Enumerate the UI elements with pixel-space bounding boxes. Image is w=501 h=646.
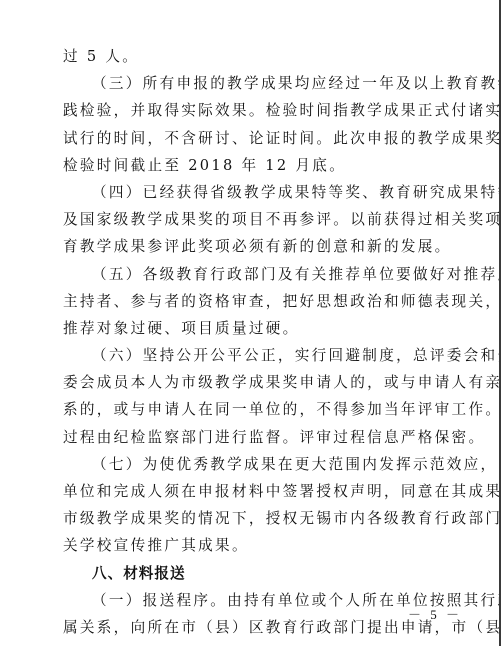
clause-4-line: （四）已经获得省级教学成果特等奖、教育研究成果特等奖 — [63, 179, 437, 206]
clause-6-line: （六）坚持公开公平公正，实行回避制度，总评委会和分评 — [63, 342, 437, 369]
text-line: 市级教学成果奖的情况下，授权无锡市内各级教育行政部门和有 — [63, 505, 437, 532]
text-line: 践检验，并取得实际效果。检验时间指教学成果正式付诸实施或 — [63, 97, 437, 124]
text-line: 推荐对象过硬、项目质量过硬。 — [63, 315, 437, 342]
page-number: － 5 － — [408, 604, 462, 623]
clause-7-line: （七）为使优秀教学成果在更大范围内发挥示范效应，申报 — [63, 451, 437, 478]
clause-1-line: （一）报送程序。由持有单位或个人所在单位按照其行政隶 — [63, 587, 437, 614]
text-line: 过 5 人。 — [63, 43, 437, 70]
text-line: 育教学成果参评此奖项必须有新的创意和新的发展。 — [63, 233, 437, 260]
clause-5-line: （五）各级教育行政部门及有关推荐单位要做好对推荐成果 — [63, 261, 437, 288]
text-line: 主持者、参与者的资格审查，把好思想政治和师德表现关，确保 — [63, 288, 437, 315]
document-page: 过 5 人。 （三）所有申报的教学成果均应经过一年及以上教育教学实 践检验，并取… — [0, 0, 499, 646]
text-line: 检验时间截止至 2018 年 12 月底。 — [63, 152, 437, 179]
text-line: 及国家级教学成果奖的项目不再参评。以前获得过相关奖项的教 — [63, 206, 437, 233]
clause-3-line: （三）所有申报的教学成果均应经过一年及以上教育教学实 — [63, 70, 437, 97]
text-line: 属关系，向所在市（县）区教育行政部门提出申请，市（县）区 — [63, 614, 437, 641]
document-body: 过 5 人。 （三）所有申报的教学成果均应经过一年及以上教育教学实 践检验，并取… — [63, 43, 437, 641]
text-line: 系的，或与申请人在同一单位的，不得参加当年评审工作。评审 — [63, 396, 437, 423]
text-line: 过程由纪检监察部门进行监督。评审过程信息严格保密。 — [63, 424, 437, 451]
text-line: 单位和完成人须在申报材料中签署授权声明，同意在其成果获得 — [63, 478, 437, 505]
text-line: 试行的时间，不含研讨、论证时间。此次申报的教学成果奖实践 — [63, 125, 437, 152]
section-heading-materials: 八、材料报送 — [63, 560, 437, 587]
text-line: 关学校宣传推广其成果。 — [63, 532, 437, 559]
text-line: 委会成员本人为市级教学成果奖申请人的，或与申请人有亲属关 — [63, 369, 437, 396]
